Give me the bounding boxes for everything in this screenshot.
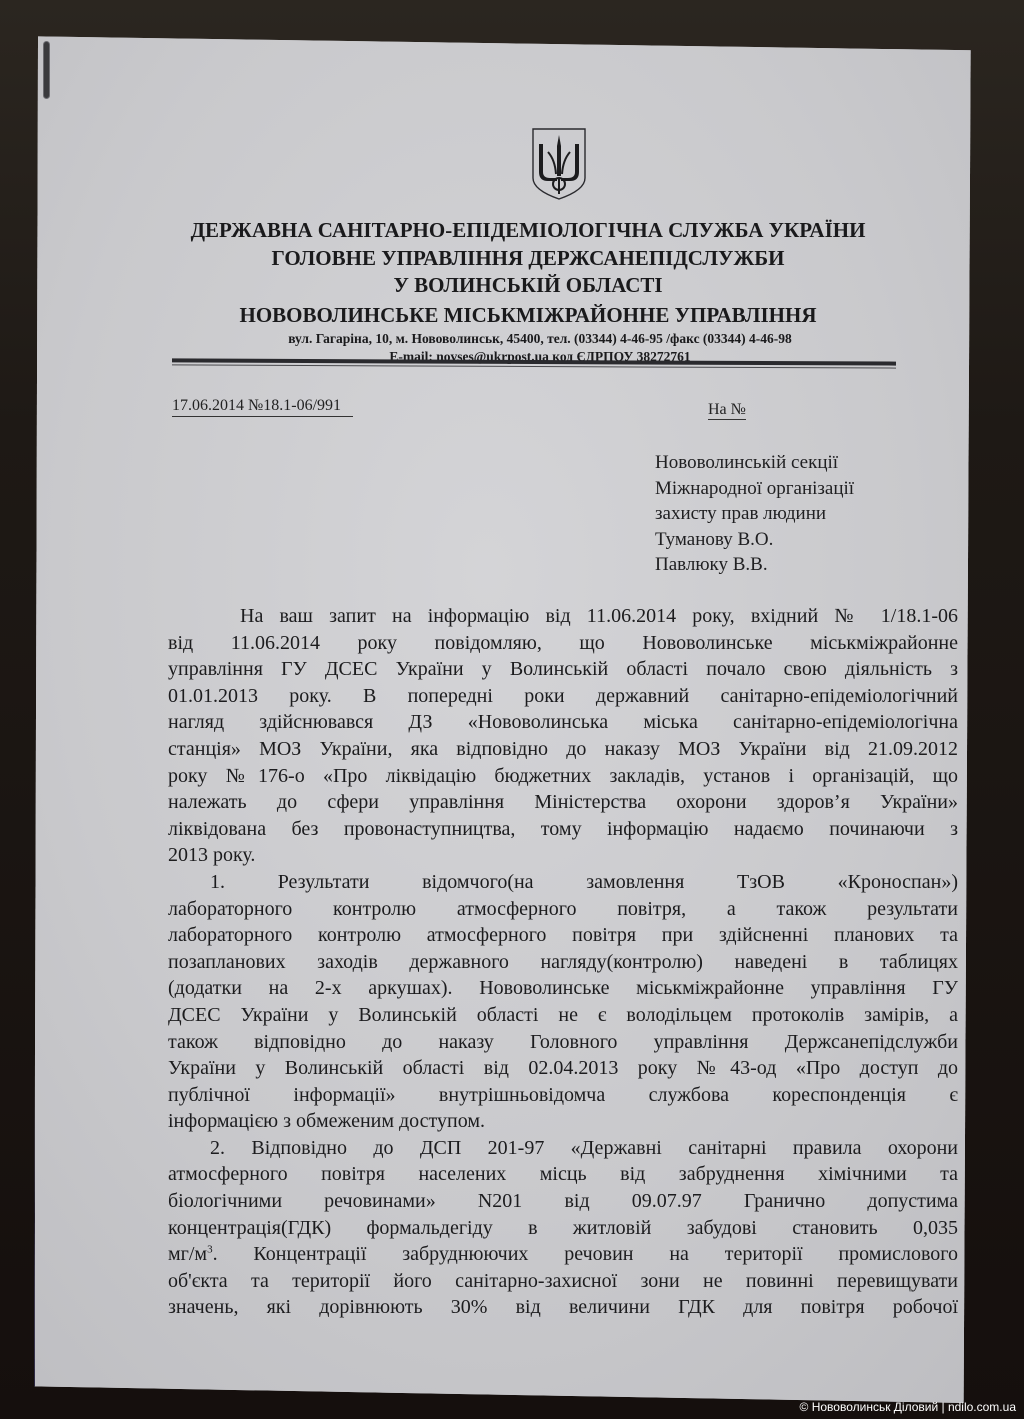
item-1-paragraph: 1. Результати відомчого(на замовлення Тз… (168, 869, 958, 1135)
addressee-line: Міжнародної організації (655, 476, 854, 502)
addressee-block: Нововолинській секції Міжнародної органі… (655, 450, 854, 578)
item-2-paragraph: 2. Відповідно до ДСП 201-97 «Державні са… (168, 1135, 958, 1321)
letterhead-department: ГОЛОВНЕ УПРАВЛІННЯ ДЕРЖСАНЕПІДСЛУЖБИ (178, 246, 878, 271)
trident-emblem-icon (530, 126, 588, 202)
addressee-line: Павлюку В.В. (655, 552, 854, 578)
staple (44, 42, 49, 98)
addressee-line: захисту прав людини (655, 501, 854, 527)
incoming-reference-label: На № (708, 401, 746, 420)
letterhead-agency: ДЕРЖАВНА САНІТАРНО-ЕПІДЕМІОЛОГІЧНА СЛУЖБ… (178, 218, 878, 243)
letterhead-region: У ВОЛИНСЬКІЙ ОБЛАСТІ (178, 273, 878, 298)
addressee-line: Нововолинській секції (655, 450, 854, 476)
unit-line: мг/м3. Концентрації забруднюючих речовин… (168, 1241, 958, 1268)
outgoing-reference: 17.06.2014 №18.1-06/991 (172, 397, 353, 417)
photo-credit: © Нововолинськ Діловий | ndilo.com.ua (800, 1400, 1016, 1414)
letterhead-address: вул. Гагаріна, 10, м. Нововолинськ, 4540… (170, 331, 910, 347)
letter-body: На ваш запит на інформацію від 11.06.201… (168, 603, 958, 1321)
intro-paragraph: На ваш запит на інформацію від 11.06.201… (168, 603, 958, 869)
addressee-line: Туманову В.О. (655, 527, 854, 553)
letterhead-office: НОВОВОЛИНСЬКЕ МІСЬКМІЖРАЙОННЕ УПРАВЛІННЯ (178, 303, 878, 328)
